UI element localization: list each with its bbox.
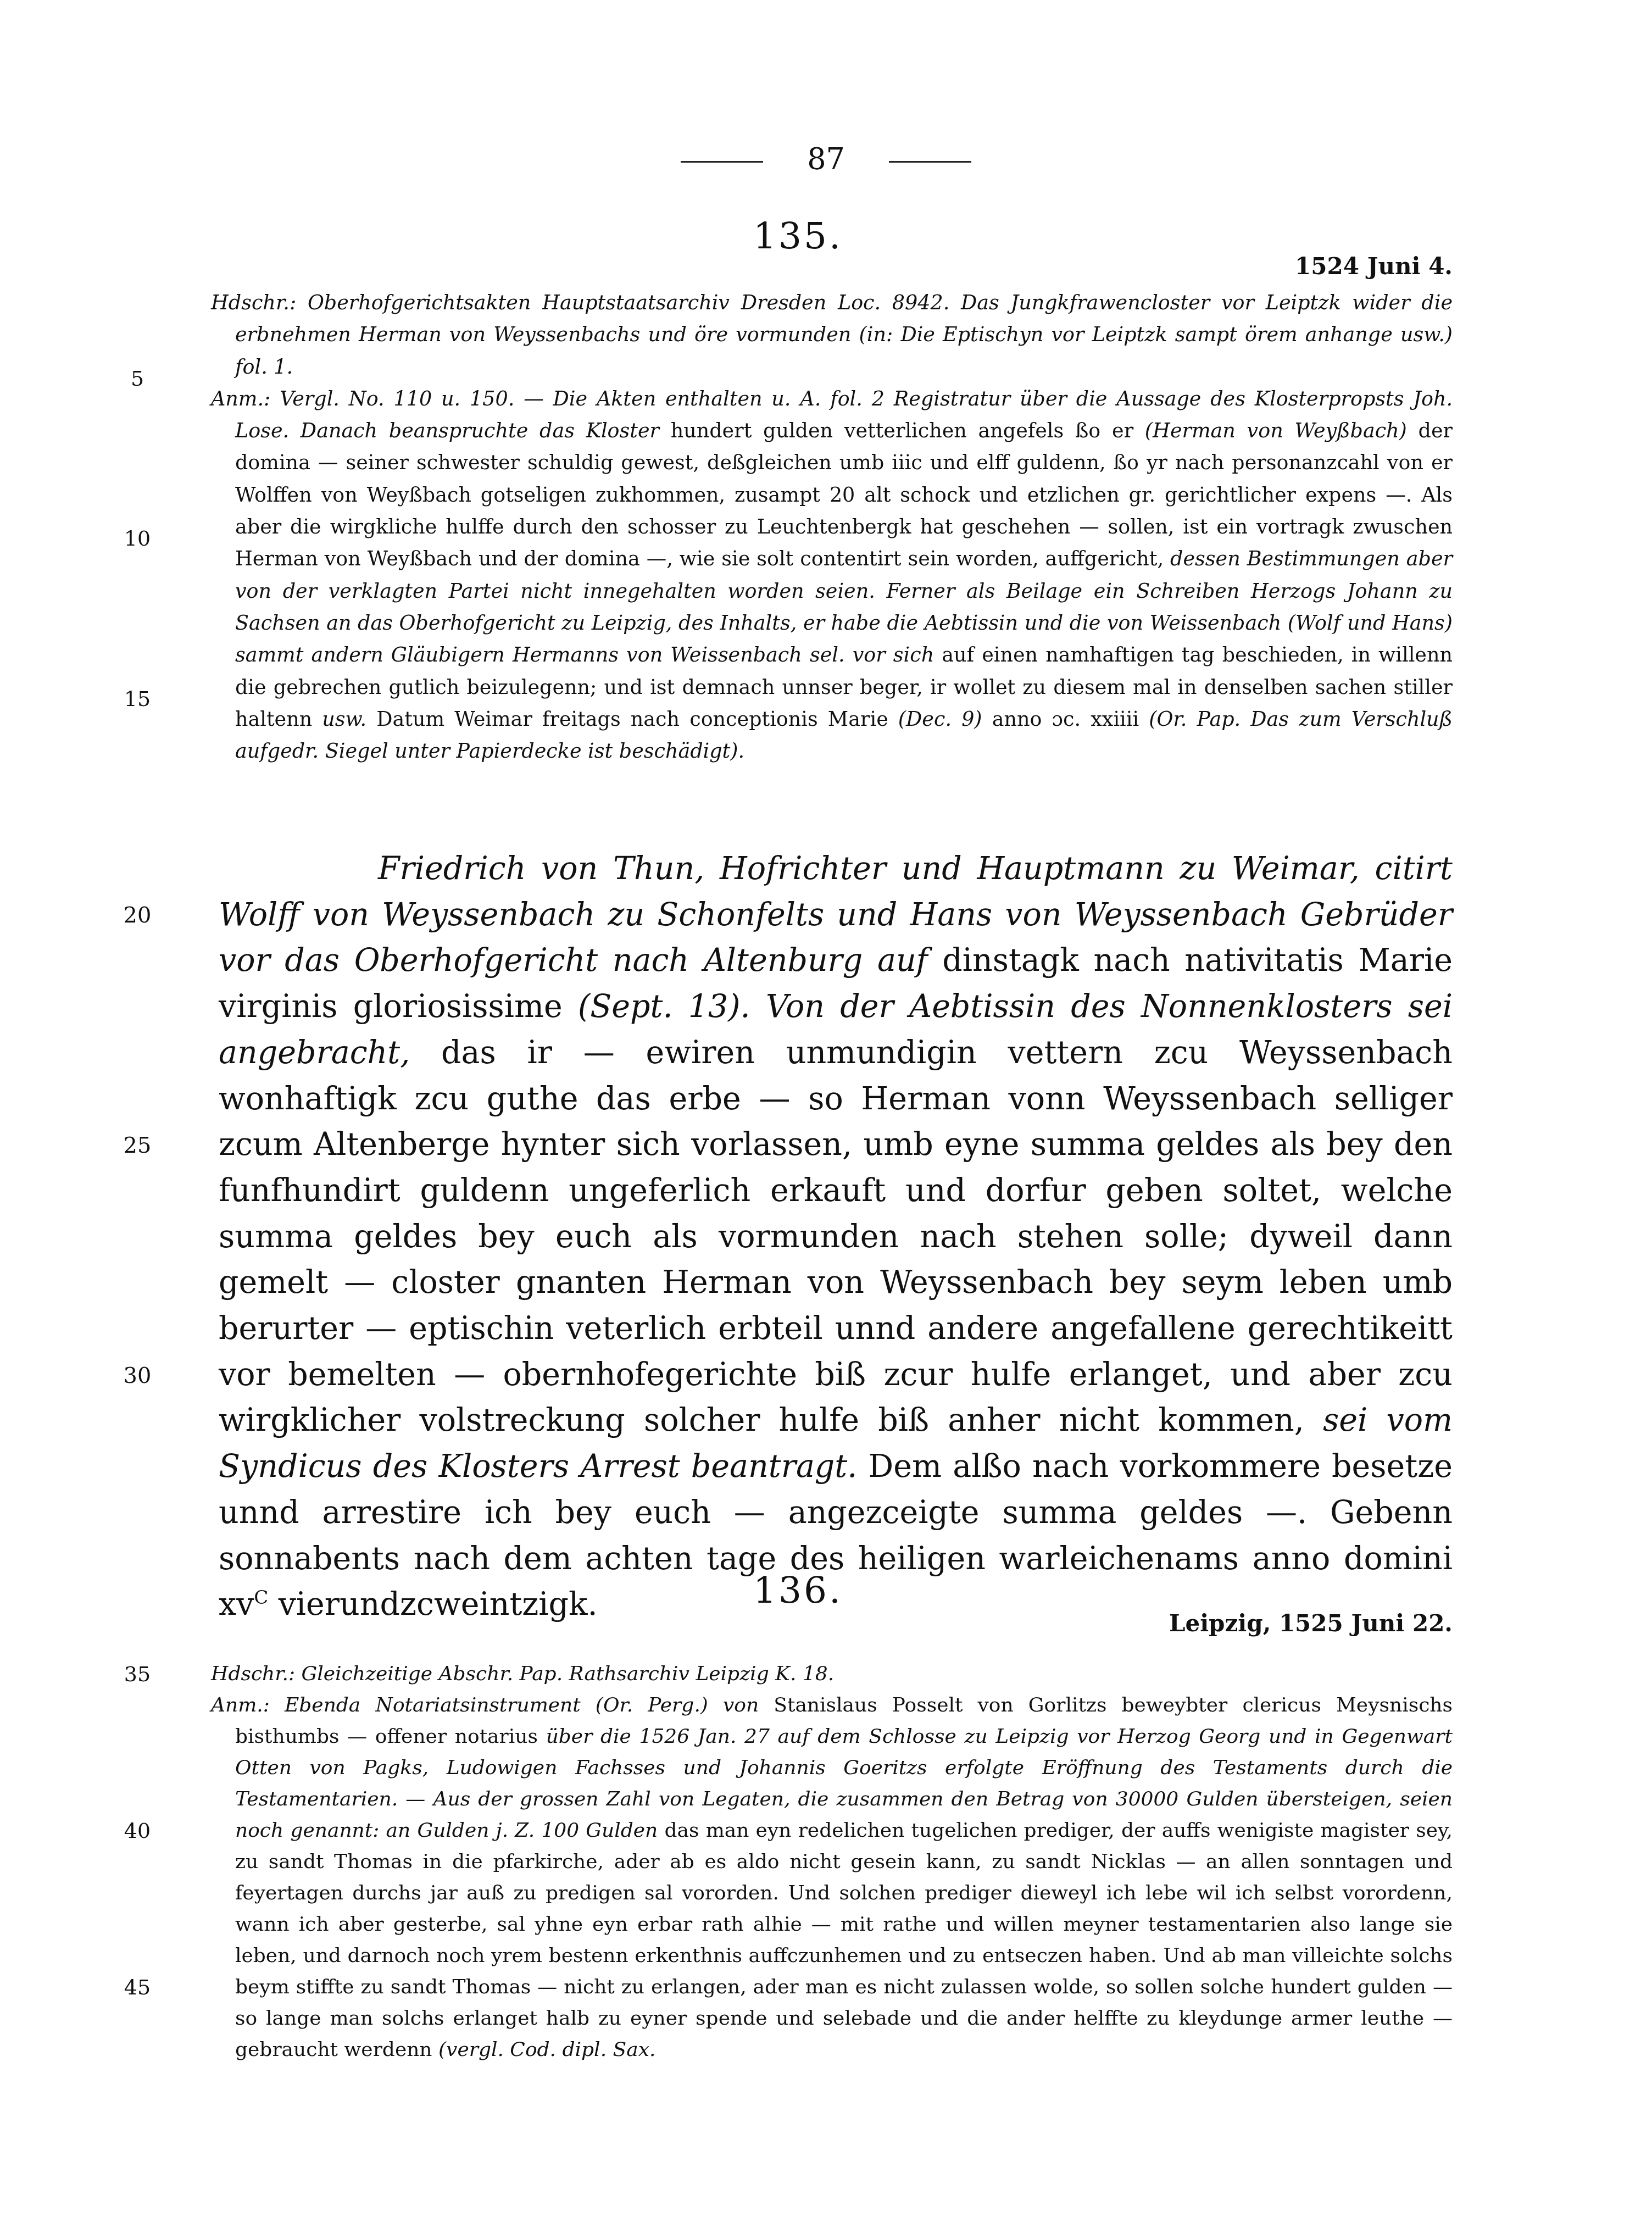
anm-segment: (Herman von Weyßbach) — [1145, 419, 1407, 442]
line-number: 45 — [110, 1971, 165, 2003]
hdschr-label: Hdschr.: — [211, 1663, 295, 1685]
anm-segment: Ebenda Notariatsinstrument (Or. Perg.) v… — [285, 1694, 759, 1716]
anm-note: Anm.: Vergl. No. 110 u. 150. — Die Akten… — [211, 383, 1453, 768]
document-date-135: 1524 Juni 4. — [1295, 250, 1453, 283]
header-rule-left — [681, 161, 763, 163]
anm-segment: Datum Weimar freitags nach conceptionis … — [366, 707, 898, 731]
page-header: 87 — [0, 137, 1652, 181]
anm-note: Anm.: Ebenda Notariatsinstrument (Or. Pe… — [211, 1690, 1453, 2065]
line-number: 5 — [110, 363, 165, 394]
hdschr-text: Oberhofgerichtsakten Hauptstaatsarchiv D… — [235, 291, 1453, 379]
line-number: 10 — [110, 523, 165, 554]
anm-segment: (Dec. 9) — [898, 707, 982, 731]
document-date-136: Leipzig, 1525 Juni 22. — [1169, 1607, 1453, 1640]
anm-segment: hundert gulden vetterlichen angefels ßo … — [671, 419, 1145, 442]
hdschr-note: Hdschr.: Gleichzeitige Abschr. Pap. Rath… — [211, 1658, 1453, 1690]
anm-segment: anno ɔc. xxiiii — [982, 707, 1149, 731]
hdschr-note: Hdschr.: Oberhofgerichtsakten Hauptstaat… — [211, 287, 1453, 383]
line-number: 35 — [110, 1658, 165, 1690]
body-segment: das ir — ewiren unmundigin vettern zcu W… — [219, 1035, 1453, 1439]
anm-label: Anm.: — [211, 1694, 270, 1716]
line-number: 30 — [110, 1353, 165, 1399]
body-paragraph: Friedrich von Thun, Hofrichter und Haupt… — [219, 846, 1453, 1628]
anm-segment: usw. — [322, 707, 366, 731]
anm-segment: das man eyn redelichen tugelichen predig… — [235, 1819, 1453, 2061]
line-number: 40 — [110, 1815, 165, 1847]
hdschr-text: Gleichzeitige Abschr. Pap. Rathsarchiv L… — [302, 1663, 835, 1685]
header-rule-right — [889, 161, 971, 163]
anm-segment: (vergl. Cod. dipl. Sax. — [438, 2038, 655, 2061]
document-notes-136: Hdschr.: Gleichzeitige Abschr. Pap. Rath… — [211, 1658, 1453, 2065]
hdschr-label: Hdschr.: — [211, 291, 296, 314]
line-number: 15 — [110, 683, 165, 715]
anm-label: Anm.: — [211, 387, 270, 410]
page-number: 87 — [807, 142, 845, 176]
line-number: 20 — [110, 892, 165, 938]
line-number: 25 — [110, 1122, 165, 1169]
document-body-135: Friedrich von Thun, Hofrichter und Haupt… — [219, 846, 1453, 1628]
document-notes-135: Hdschr.: Oberhofgerichtsakten Hauptstaat… — [211, 287, 1453, 767]
